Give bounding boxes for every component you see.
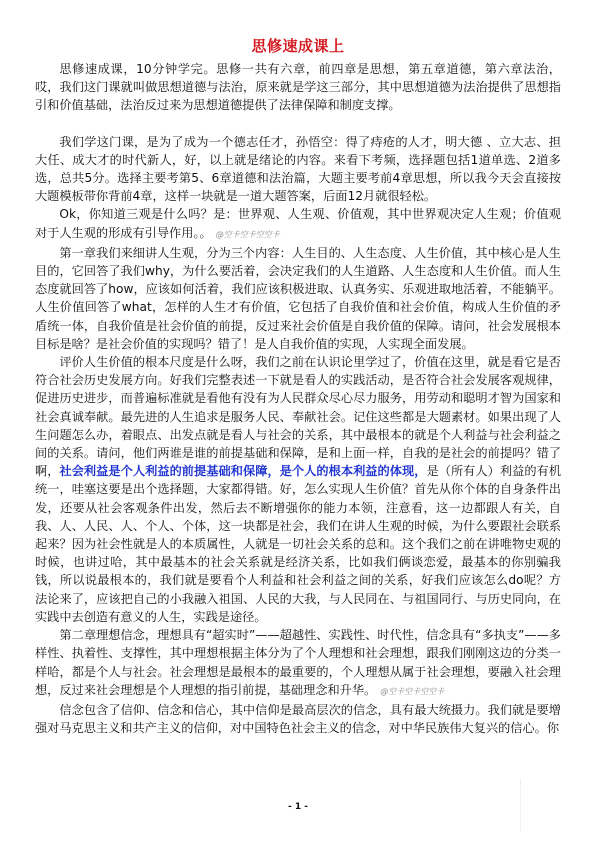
emphasis-text: 社会利益是个人利益的前提基础和保障，是个人的根本利益的体现， [59,464,426,478]
paragraph-life-value: 评价人生价值的根本尺度是什么呀，我们之前在认识论里学过了，价值在这里，就是看它是… [35,353,561,626]
paragraph-text: 信念包含了信仰、信念和信心，其中信仰是最高层次的信念，具有最大统摄力。我们就是要… [35,703,561,735]
document-title: 思修速成课上 [0,36,596,56]
paragraph-text: 思修速成课，10分钟学完。思修一共有六章，前四章是思想，第五章道德，第六章法治，… [35,62,561,112]
document-body: 思修速成课，10分钟学完。思修一共有六章，前四章是思想，第五章道德，第六章法治，… [35,60,561,737]
paragraph-chapter-two: 第二章理想信念，理想具有“超实时”——超越性、实践性、时代性，信念具有“多执支”… [35,626,561,701]
paragraph-chapter-one: 第一章我们来细讲人生观，分为三个内容：人生目的、人生态度、人生价值，其中核心是人… [35,244,561,353]
paragraph-three-views: Ok，你知道三观是什么吗？是：世界观、人生观、价值观，其中世界观决定人生观；价值… [35,205,561,243]
page-number: - 1 - [0,802,596,812]
paragraph-intro: 思修速成课，10分钟学完。思修一共有六章，前四章是思想，第五章道德，第六章法治，… [35,60,561,115]
paragraph-text: Ok，你知道三观是什么吗？是：世界观、人生观、价值观，其中世界观决定人生观；价值… [35,207,561,239]
watermark: @空卡空卡空空卡 [216,230,280,239]
paragraph-text: 我们学这门课，是为了成为一个德志任才，孙悟空：得了痔疮的人才，明大德 、立大志、… [35,135,561,204]
paragraph-text: 第二章理想信念，理想具有“超实时”——超越性、实践性、时代性，信念具有“多执支”… [35,628,561,697]
paragraph-text: 第一章我们来细讲人生观，分为三个内容：人生目的、人生态度、人生价值，其中核心是人… [35,246,561,351]
document-page: 思修速成课上 思修速成课，10分钟学完。思修一共有六章，前四章是思想，第五章道德… [0,0,596,842]
watermark: @空卡空卡空空卡 [380,687,444,696]
paragraph-text: 是（所有人）利益的有机统一，哇塞这要是出个选择题，大家都得错。好，怎么实现人生价… [35,464,561,624]
paragraph-text: 评价人生价值的根本尺度是什么呀，我们之前在认识论里学过了，价值在这里，就是看它是… [35,355,561,478]
paragraph-purpose: 我们学这门课，是为了成为一个德志任才，孙悟空：得了痔疮的人才，明大德 、立大志、… [35,133,561,206]
paragraph-gap [35,115,561,133]
paragraph-belief: 信念包含了信仰、信念和信心，其中信仰是最高层次的信念，具有最大统摄力。我们就是要… [35,701,561,737]
